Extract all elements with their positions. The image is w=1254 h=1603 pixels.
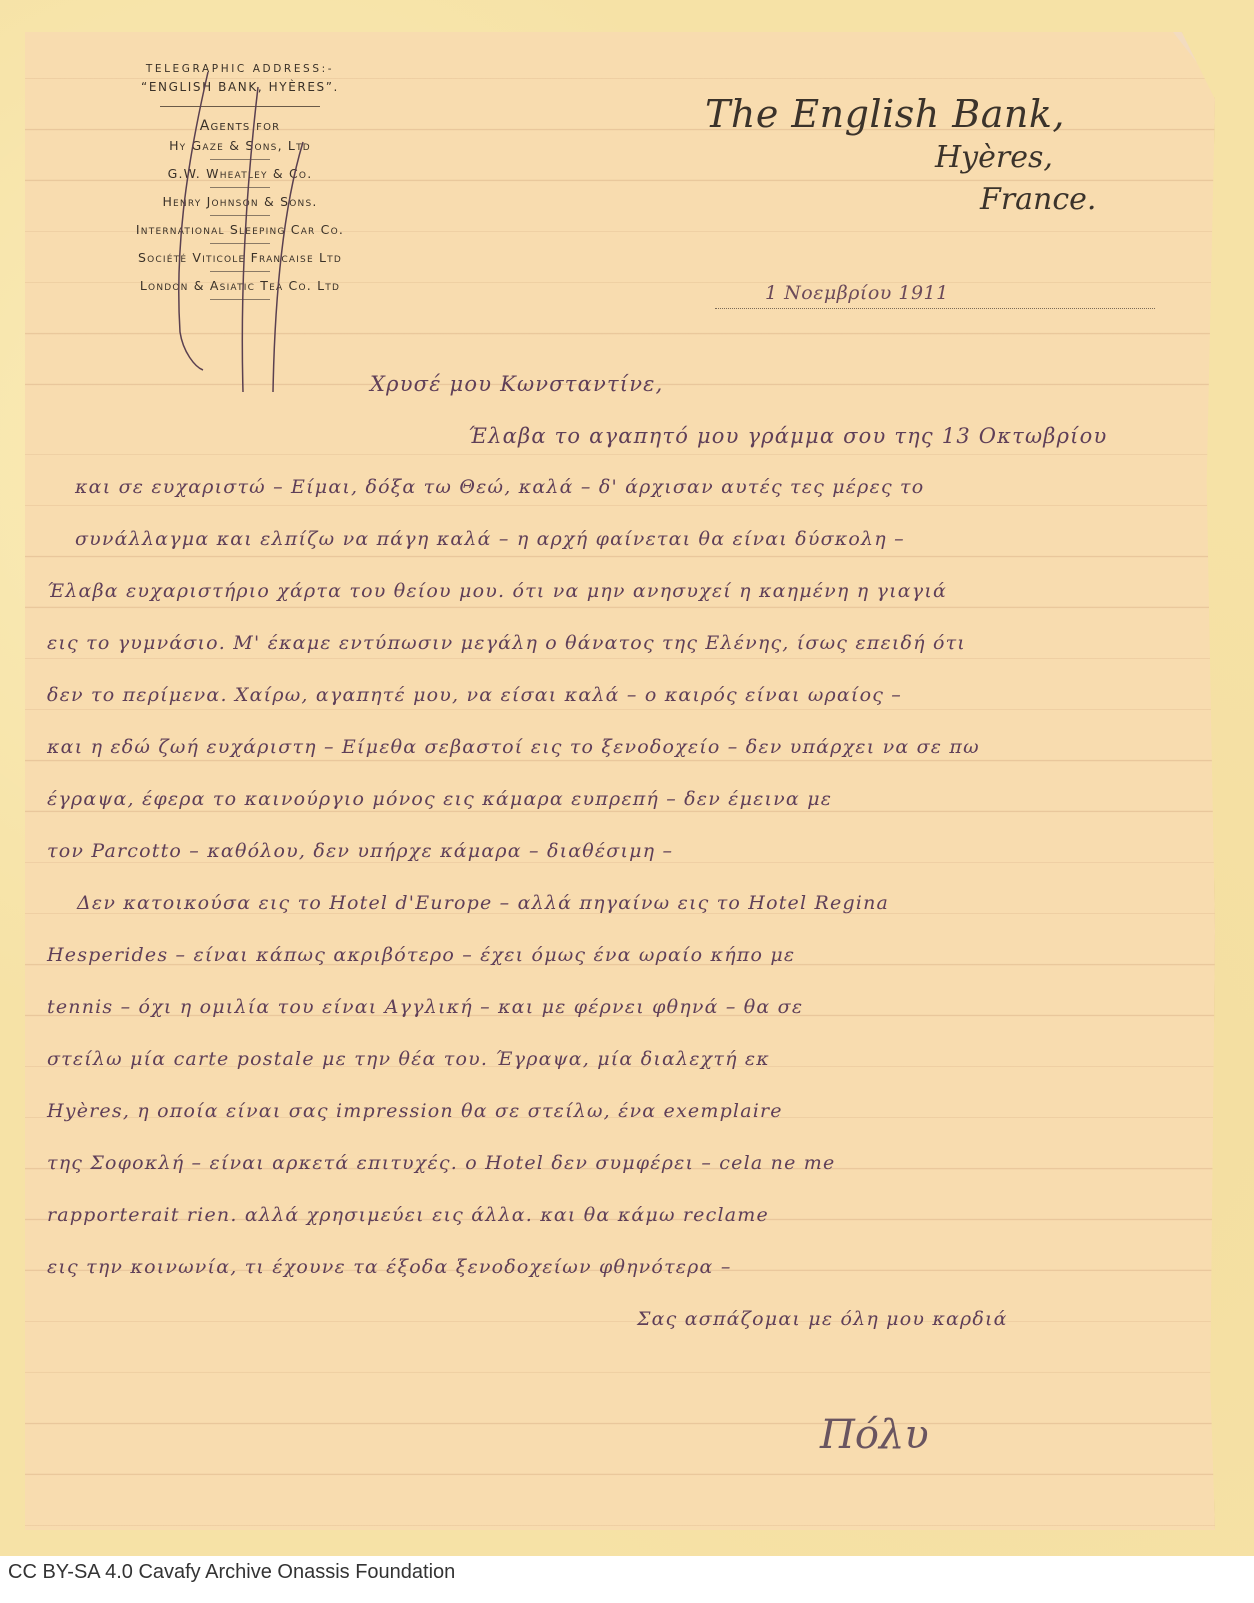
agent-item: International Sleeping Car Co. bbox=[85, 220, 395, 239]
body-line: Δεν κατοικούσα εις το Hotel d'Europe – α… bbox=[77, 892, 889, 914]
body-line: και σε ευχαριστώ – Είμαι, δόξα τω Θεώ, κ… bbox=[75, 476, 924, 498]
body-line: συνάλλαγμα και ελπίζω να πάγη καλά – η α… bbox=[75, 528, 905, 550]
date-line: 1 Νοεμβρίου 1911 bbox=[715, 284, 1155, 309]
bank-town: Hyères, bbox=[935, 140, 1053, 175]
body-line: rapporterait rien. αλλά χρησιμεύει εις ά… bbox=[47, 1204, 769, 1226]
letter-date: 1 Νοεμβρίου 1911 bbox=[765, 282, 949, 304]
body-line: Έλαβα ευχαριστήριο χάρτα του θείου μου. … bbox=[47, 580, 947, 602]
divider bbox=[210, 187, 270, 188]
agents-heading: Agents for bbox=[85, 117, 395, 136]
body-line: Hesperides – είναι κάπως ακριβότερο – έχ… bbox=[47, 944, 795, 966]
divider bbox=[210, 271, 270, 272]
body-line: στείλω μία carte postale με την θέα του.… bbox=[47, 1048, 770, 1070]
telegraphic-label: TELEGRAPHIC ADDRESS:- bbox=[85, 60, 395, 78]
letterhead-agents-block: TELEGRAPHIC ADDRESS:- “ENGLISH BANK, HYÈ… bbox=[85, 60, 395, 304]
body-line: τον Parcotto – καθόλου, δεν υπήρχε κάμαρ… bbox=[47, 840, 673, 862]
body-line: της Σοφοκλή – είναι αρκετά επιτυχές. ο H… bbox=[47, 1152, 835, 1174]
body-line: εις την κοινωνία, τι έχουνε τα έξοδα ξεν… bbox=[47, 1256, 732, 1278]
bank-name: The English Bank, bbox=[705, 92, 1065, 136]
divider bbox=[210, 299, 270, 300]
body-line: Έλαβα το αγαπητό μου γράμμα σου της 13 Ο… bbox=[468, 424, 1107, 448]
divider bbox=[160, 106, 320, 107]
agent-item: London & Asiatic Tea Co. Ltd bbox=[85, 276, 395, 295]
body-line: tennis – όχι η ομιλία του είναι Αγγλική … bbox=[47, 996, 803, 1018]
closing: Σας ασπάζομαι με όλη μου καρδιά bbox=[637, 1308, 1008, 1330]
body-line: δεν το περίμενα. Χαίρω, αγαπητέ μου, να … bbox=[47, 684, 902, 706]
divider bbox=[210, 243, 270, 244]
salutation: Χρυσέ μου Κωνσταντίνε, bbox=[370, 372, 664, 396]
agent-item: Hy Gaze & Sons, Ltd bbox=[85, 136, 395, 155]
divider bbox=[210, 215, 270, 216]
letter-sheet: TELEGRAPHIC ADDRESS:- “ENGLISH BANK, HYÈ… bbox=[25, 32, 1215, 1530]
body-line: εις το γυμνάσιο. Μ' έκαμε εντύπωσιν μεγά… bbox=[47, 632, 966, 654]
agent-item: G.W. Wheatley & Co. bbox=[85, 164, 395, 183]
bank-country: France. bbox=[980, 182, 1096, 217]
archive-credit: CC BY-SA 4.0 Cavafy Archive Onassis Foun… bbox=[8, 1561, 455, 1584]
divider bbox=[210, 159, 270, 160]
telegraphic-address: “ENGLISH BANK, HYÈRES”. bbox=[85, 78, 395, 96]
agent-item: Société Viticole Francaise Ltd bbox=[85, 248, 395, 267]
body-line: Hyères, η οποία είναι σας impression θα … bbox=[47, 1100, 783, 1122]
body-line: έγραψα, έφερα το καινούργιο μόνος εις κά… bbox=[47, 788, 832, 810]
agent-item: Henry Johnson & Sons. bbox=[85, 192, 395, 211]
body-line: και η εδώ ζωή ευχάριστη – Είμεθα σεβαστο… bbox=[47, 736, 980, 758]
signature: Πόλυ bbox=[820, 1412, 929, 1458]
